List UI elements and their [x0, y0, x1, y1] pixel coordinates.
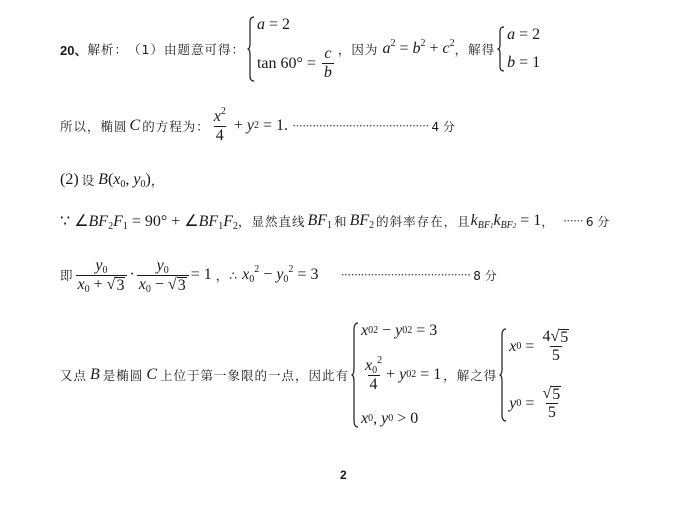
- system-line: 又点 B 是椭圆 C 上位于第一象限的一点，因此有 x02 − y02 = 3 …: [60, 320, 575, 430]
- solution-system-2: x0 = 4√55 y0 = √55: [499, 328, 573, 422]
- solution-y0: y0 = √55: [509, 385, 573, 422]
- system-1-rows: a = 2 tan 60° = cb: [255, 16, 336, 82]
- part2-line: (2) 设 B(x0, y0) ，: [60, 168, 164, 192]
- slope-product-expression: y0x0 + √3 · y0x0 − √3 = 1: [74, 257, 212, 294]
- angle-equation: ∠BF2F1 = 90° + ∠BF1F2: [74, 211, 238, 231]
- slope-product: kBF1kBF2 = 1: [471, 212, 542, 230]
- left-brace-icon: [499, 328, 507, 422]
- conclusion1-suffix: 的方程为：: [142, 117, 210, 135]
- system-2-row-3: x0, y0 > 0: [361, 410, 441, 428]
- angle-comma: ，: [541, 212, 555, 230]
- pythagorean-relation: a2 = b2 + c2: [378, 40, 454, 58]
- and-text: 和: [334, 212, 348, 230]
- therefore-text: ，∴: [216, 266, 238, 284]
- equation-system-1: a = 2 tan 60° = cb: [247, 16, 336, 82]
- angle-line: ∵ ∠BF2F1 = 90° + ∠BF1F2 ，显然直线 BF1 和 BF2 …: [60, 208, 609, 234]
- score-leader-dots: ········································…: [292, 118, 429, 134]
- ellipse-equation: x24 + y2 = 1.: [210, 108, 292, 145]
- score-6: 6 分: [586, 213, 609, 230]
- point-b: B(x0, y0): [98, 171, 151, 189]
- part2-comma: ，: [151, 171, 165, 189]
- product-line: 即 y0x0 + √3 · y0x0 − √3 = 1 ，∴ x02 − y02…: [60, 252, 497, 298]
- left-brace-icon: [351, 322, 359, 428]
- hyperbola-result: x02 − y02 = 3: [242, 266, 318, 284]
- score-4: 4 分: [431, 118, 454, 135]
- part1-line: 20、 解析： （1） 由题意可得： a = 2 tan 60° = cb ，因…: [60, 14, 542, 84]
- solution-1-row-2: b = 1: [507, 54, 540, 72]
- solution-system-1: a = 2 b = 1: [497, 26, 540, 72]
- solution-1-row-1: a = 2: [507, 26, 540, 44]
- problem-number: 20、: [60, 40, 87, 59]
- solution-2-rows: x0 = 4√55 y0 = √55: [507, 328, 573, 422]
- score-leader-dots: ······: [563, 213, 583, 229]
- system-1-row-1: a = 2: [257, 16, 336, 34]
- page-number: 2: [340, 468, 347, 482]
- conclusion1-prefix: 所以，椭圆: [60, 117, 128, 135]
- equation-system-2: x02 − y02 = 3 x024+ y02 = 1 x0, y0 > 0: [351, 322, 441, 428]
- set-text: 设: [82, 171, 96, 189]
- system-text2: 上位于第一象限的一点，因此有: [160, 366, 349, 384]
- score-leader-dots: ·······································: [340, 267, 470, 283]
- line-bf2: BF2: [350, 212, 375, 230]
- system-2-row-1: x02 − y02 = 3: [361, 322, 441, 340]
- conclusion1-line: 所以，椭圆 C 的方程为： x24 + y2 = 1. ············…: [60, 104, 455, 148]
- curve-label: C: [130, 117, 141, 135]
- left-brace-icon: [497, 26, 505, 72]
- point-b-label: B: [90, 366, 100, 384]
- part2-marker: (2): [60, 171, 79, 189]
- left-brace-icon: [247, 16, 255, 82]
- system-prefix: 又点: [60, 366, 87, 384]
- because-symbol: ∵: [60, 211, 70, 231]
- analysis-label: 解析：: [87, 40, 128, 58]
- line-bf1: BF1: [308, 212, 333, 230]
- angle-text1: ，显然直线: [238, 212, 306, 230]
- system-2-rows: x02 − y02 = 3 x024+ y02 = 1 x0, y0 > 0: [359, 322, 441, 428]
- score-8: 8 分: [473, 267, 496, 284]
- solve-text-2: ，解之得: [443, 366, 497, 384]
- angle-text2: 的斜率存在，且: [376, 212, 471, 230]
- curve-label: C: [146, 366, 157, 384]
- part1-marker: （1）: [128, 40, 164, 58]
- part1-intro: 由题意可得：: [164, 40, 245, 58]
- solution-x0: x0 = 4√55: [509, 328, 573, 365]
- system-text1: 是椭圆: [103, 366, 144, 384]
- solve-text: ，解得: [455, 40, 496, 58]
- solution-1-rows: a = 2 b = 1: [505, 26, 540, 72]
- system-1-row-2: tan 60° = cb: [257, 45, 336, 82]
- system-2-row-2: x024+ y02 = 1: [361, 357, 441, 394]
- because-text: ，因为: [338, 40, 379, 58]
- product-prefix: 即: [60, 266, 74, 284]
